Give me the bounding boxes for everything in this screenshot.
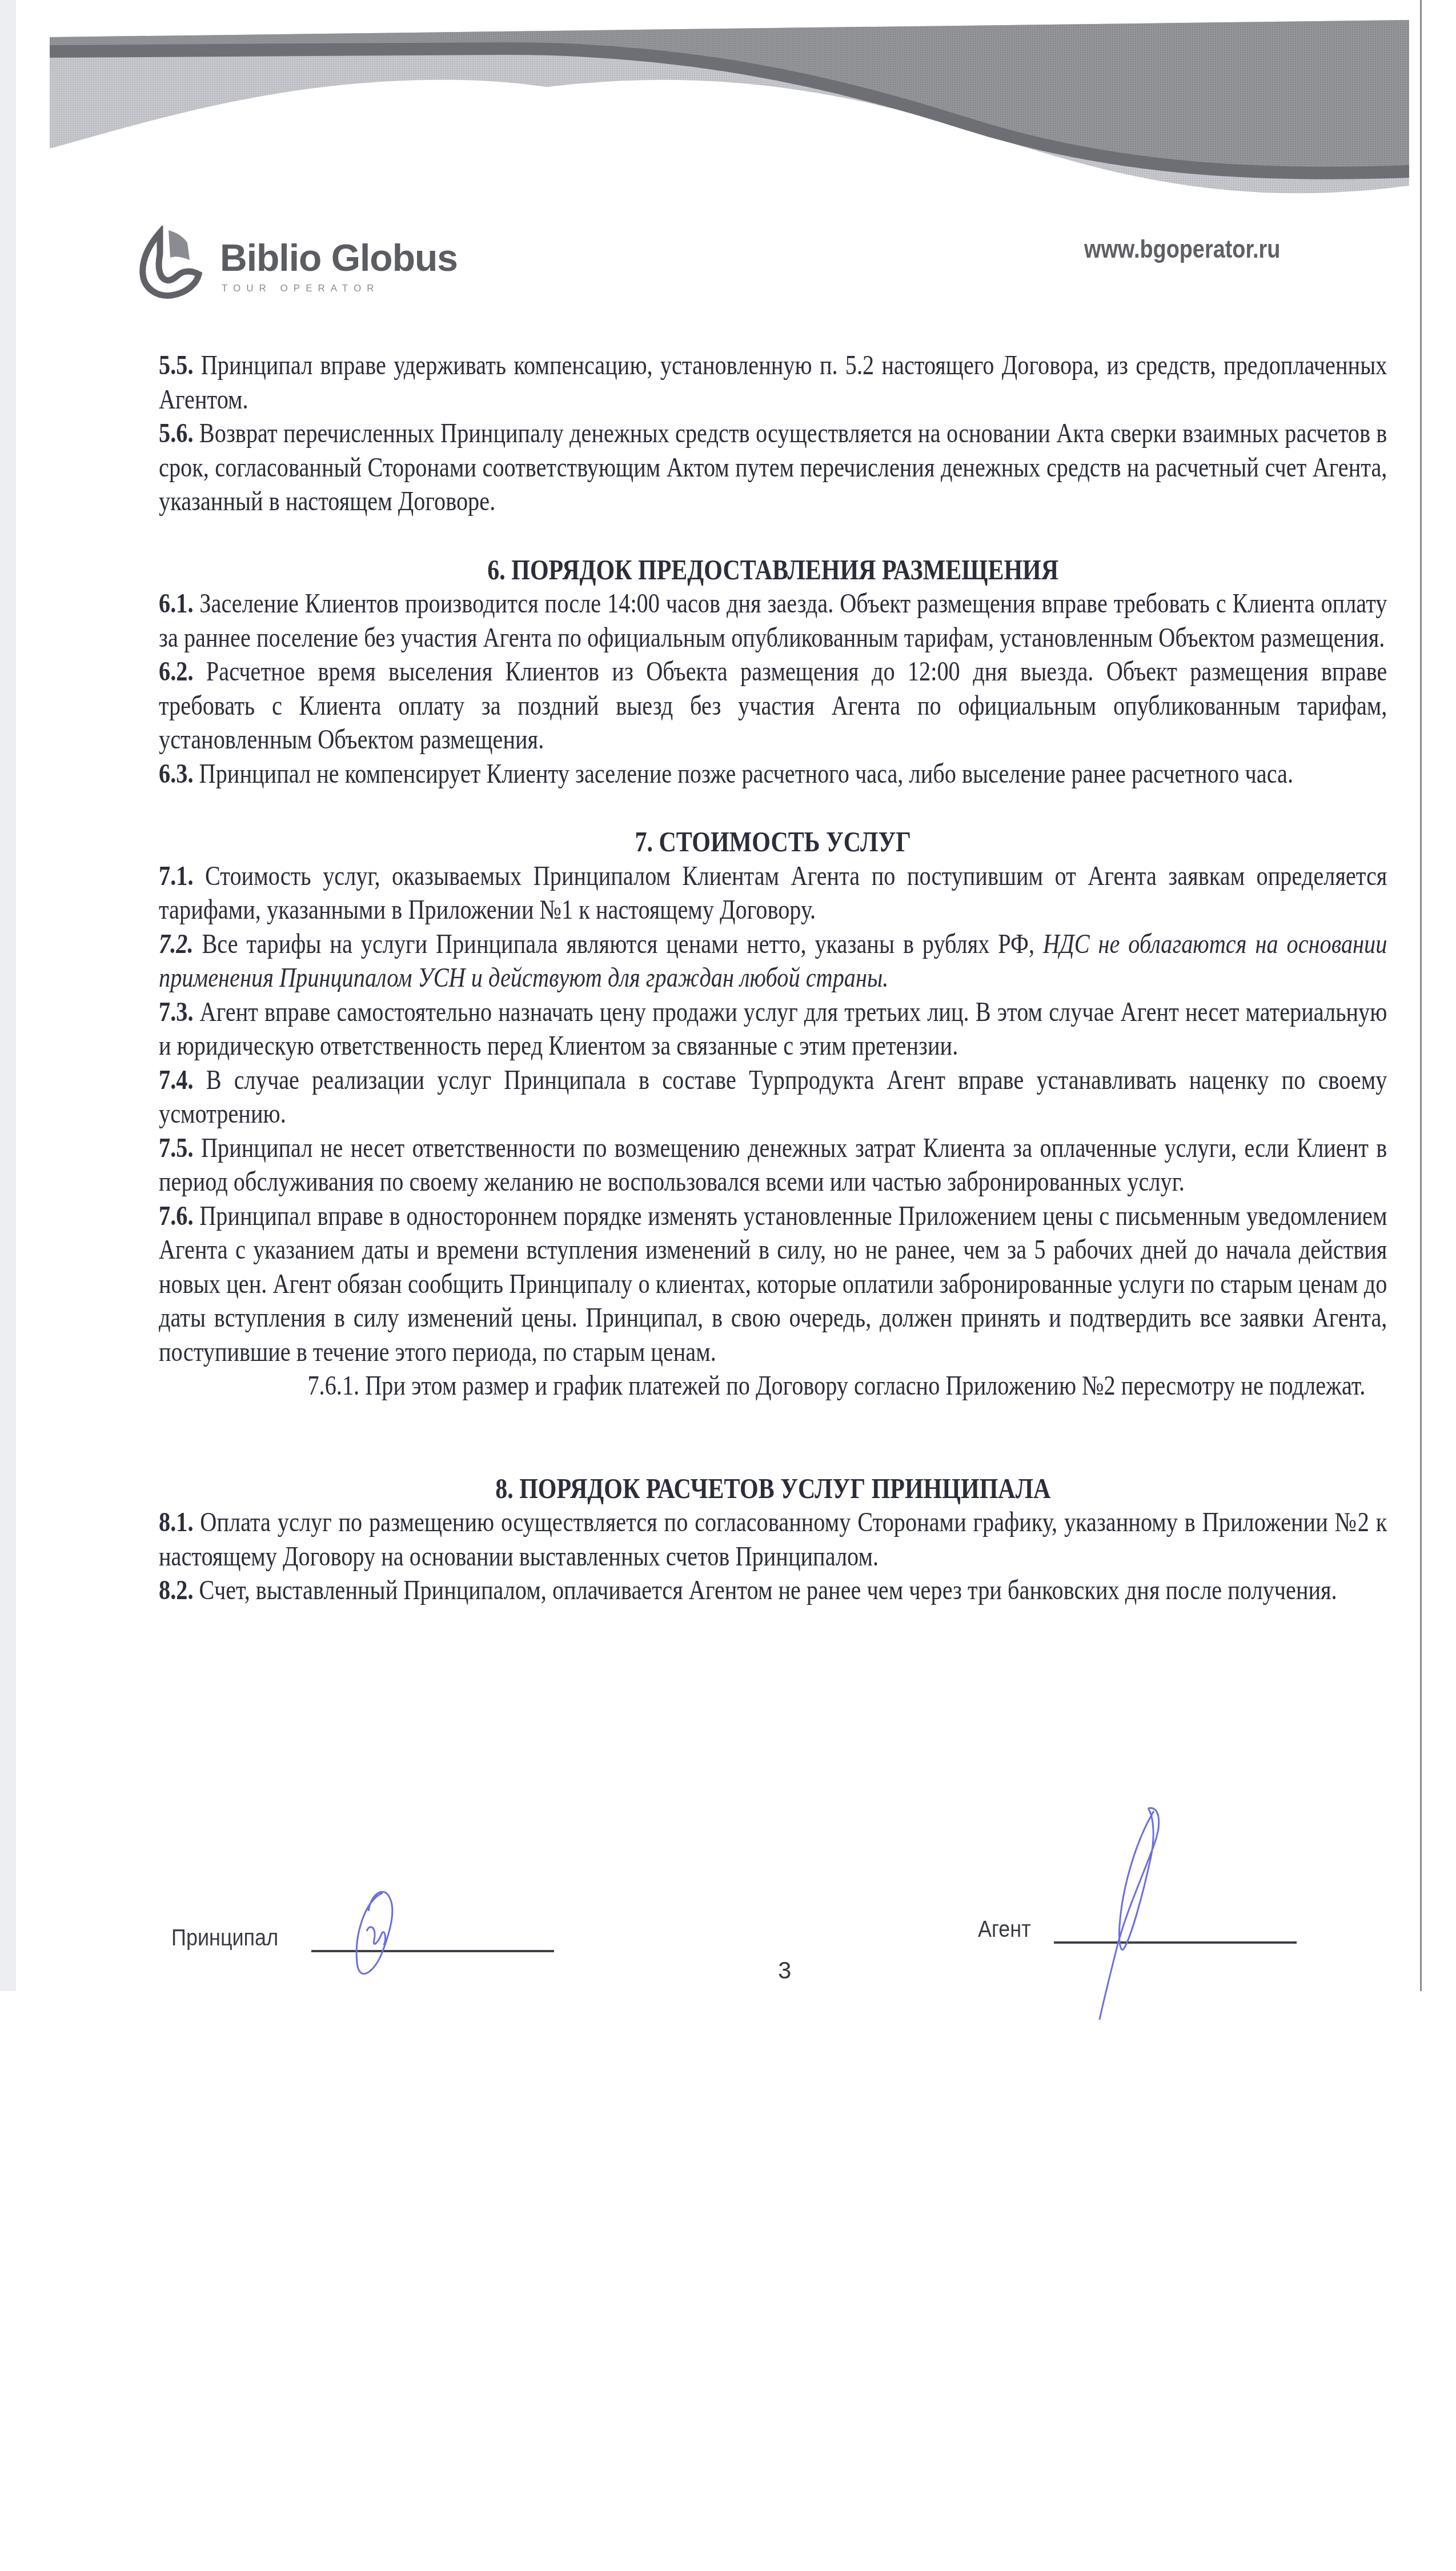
agent-signature-icon	[1068, 1805, 1194, 2023]
clause-7-6-1: 7.6.1. При этом размер и график платежей…	[159, 1369, 1387, 1403]
principal-signature-icon	[343, 1888, 406, 1985]
biblio-globus-logo-icon	[137, 226, 206, 300]
header-wave-banner	[50, 20, 1409, 197]
brand-name: Biblio Globus	[220, 236, 458, 279]
clause-7-4: 7.4. В случае реализации услуг Принципал…	[159, 1063, 1387, 1131]
clause-8-1: 8.1. Оплата услуг по размещению осуществ…	[159, 1505, 1387, 1573]
document-body: 5.5. Принципал вправе удерживать компенс…	[159, 343, 1387, 1608]
clause-5-6: 5.6. Возврат перечисленных Принципалу де…	[159, 417, 1387, 519]
clause-7-3: 7.3. Агент вправе самостоятельно назнача…	[159, 995, 1387, 1063]
brand-tagline: TOUR OPERATOR	[222, 283, 379, 294]
company-logo: Biblio Globus TOUR OPERATOR	[137, 226, 480, 300]
section-6-heading: 6. ПОРЯДОК ПРЕДОСТАВЛЕНИЯ РАЗМЕЩЕНИЯ	[159, 553, 1387, 587]
website-url: www.bgoperator.ru	[1084, 235, 1280, 264]
clause-7-1: 7.1. Стоимость услуг, оказываемых Принци…	[159, 859, 1387, 927]
page-number: 3	[778, 1957, 791, 1984]
clause-7-2: 7.2. Все тарифы на услуги Принципала явл…	[159, 927, 1387, 995]
clause-7-6: 7.6. Принципал вправе в одностороннем по…	[159, 1199, 1387, 1369]
clause-6-1: 6.1. Заселение Клиентов производится пос…	[159, 587, 1387, 655]
principal-signature-label: Принципал	[171, 1925, 278, 1951]
clause-5-5: 5.5. Принципал вправе удерживать компенс…	[159, 349, 1387, 417]
clause-8-2: 8.2. Счет, выставленный Принципалом, опл…	[159, 1573, 1387, 1608]
agent-signature-label: Агент	[978, 1917, 1031, 1943]
section-7-heading: 7. СТОИМОСТЬ УСЛУГ	[159, 825, 1387, 859]
clause-6-2: 6.2. Расчетное время выселения Клиентов …	[159, 655, 1387, 757]
viewer-left-margin	[0, 0, 16, 1991]
clause-6-3: 6.3. Принципал не компенсирует Клиенту з…	[159, 757, 1387, 791]
page-edge-line	[1420, 0, 1422, 1991]
section-8-heading: 8. ПОРЯДОК РАСЧЕТОВ УСЛУГ ПРИНЦИПАЛА	[159, 1472, 1387, 1506]
clause-7-5: 7.5. Принципал не несет ответственности …	[159, 1131, 1387, 1199]
